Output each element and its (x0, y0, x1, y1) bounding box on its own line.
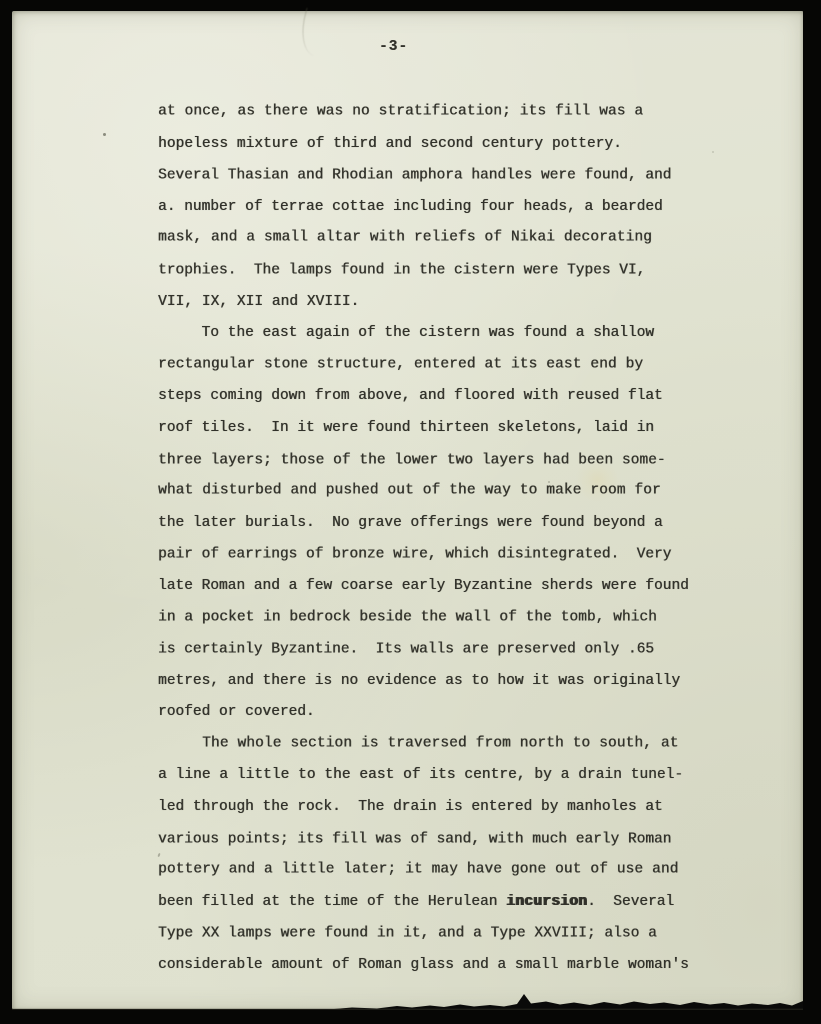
text-line: is certainly Byzantine. Its walls are pr… (158, 635, 758, 667)
text-line: The whole section is traversed from nort… (158, 728, 758, 760)
text-line: the later burials. No grave offerings we… (158, 508, 758, 540)
text-line: roofed or covered. (158, 697, 758, 729)
paper-speck (103, 133, 106, 136)
text-line: three layers; those of the lower two lay… (158, 445, 758, 477)
text-line: pottery and a little later; it may have … (158, 855, 758, 887)
text-line: trophies. The lamps found in the cistern… (158, 256, 758, 288)
text-line: metres, and there is no evidence as to h… (158, 666, 758, 698)
text-line: rectangular stone structure, entered at … (158, 349, 758, 381)
text-line: various points; its fill was of sand, wi… (158, 824, 758, 856)
text-line: pair of earrings of bronze wire, which d… (158, 540, 758, 572)
text-line: what disturbed and pushed out of the way… (158, 476, 758, 508)
text-line: at once, as there was no stratification;… (158, 97, 758, 129)
text-line: a line a little to the east of its centr… (158, 760, 758, 792)
torn-edge (12, 992, 803, 1010)
text-body: at once, as there was no stratification;… (158, 97, 758, 982)
text-line: been filled at the time of the Herulean … (158, 887, 758, 919)
text-line: hopeless mixture of third and second cen… (158, 129, 758, 161)
text-line: VII, IX, XII and XVIII. (158, 287, 758, 319)
text-line: Several Thasian and Rhodian amphora hand… (158, 161, 758, 193)
page-number: -3- (0, 39, 789, 55)
text-line: in a pocket in bedrock beside the wall o… (158, 602, 758, 634)
scan-background: -3- at once, as there was no stratificat… (0, 0, 821, 1024)
text-line: To the east again of the cistern was fou… (158, 318, 758, 350)
text-line: Type XX lamps were found in it, and a Ty… (158, 919, 758, 951)
text-line: a. number of terrae cottae including fou… (158, 192, 758, 224)
text-line: mask, and a small altar with reliefs of … (158, 223, 758, 255)
text-line: roof tiles. In it were found thirteen sk… (158, 413, 758, 445)
overstruck-word: incursion (506, 894, 587, 910)
document-page: -3- at once, as there was no stratificat… (12, 11, 803, 1009)
text-line: considerable amount of Roman glass and a… (158, 950, 758, 982)
text-line: late Roman and a few coarse early Byzant… (158, 571, 758, 603)
text-line: steps coming down from above, and floore… (158, 381, 758, 413)
text-line: led through the rock. The drain is enter… (158, 792, 758, 824)
